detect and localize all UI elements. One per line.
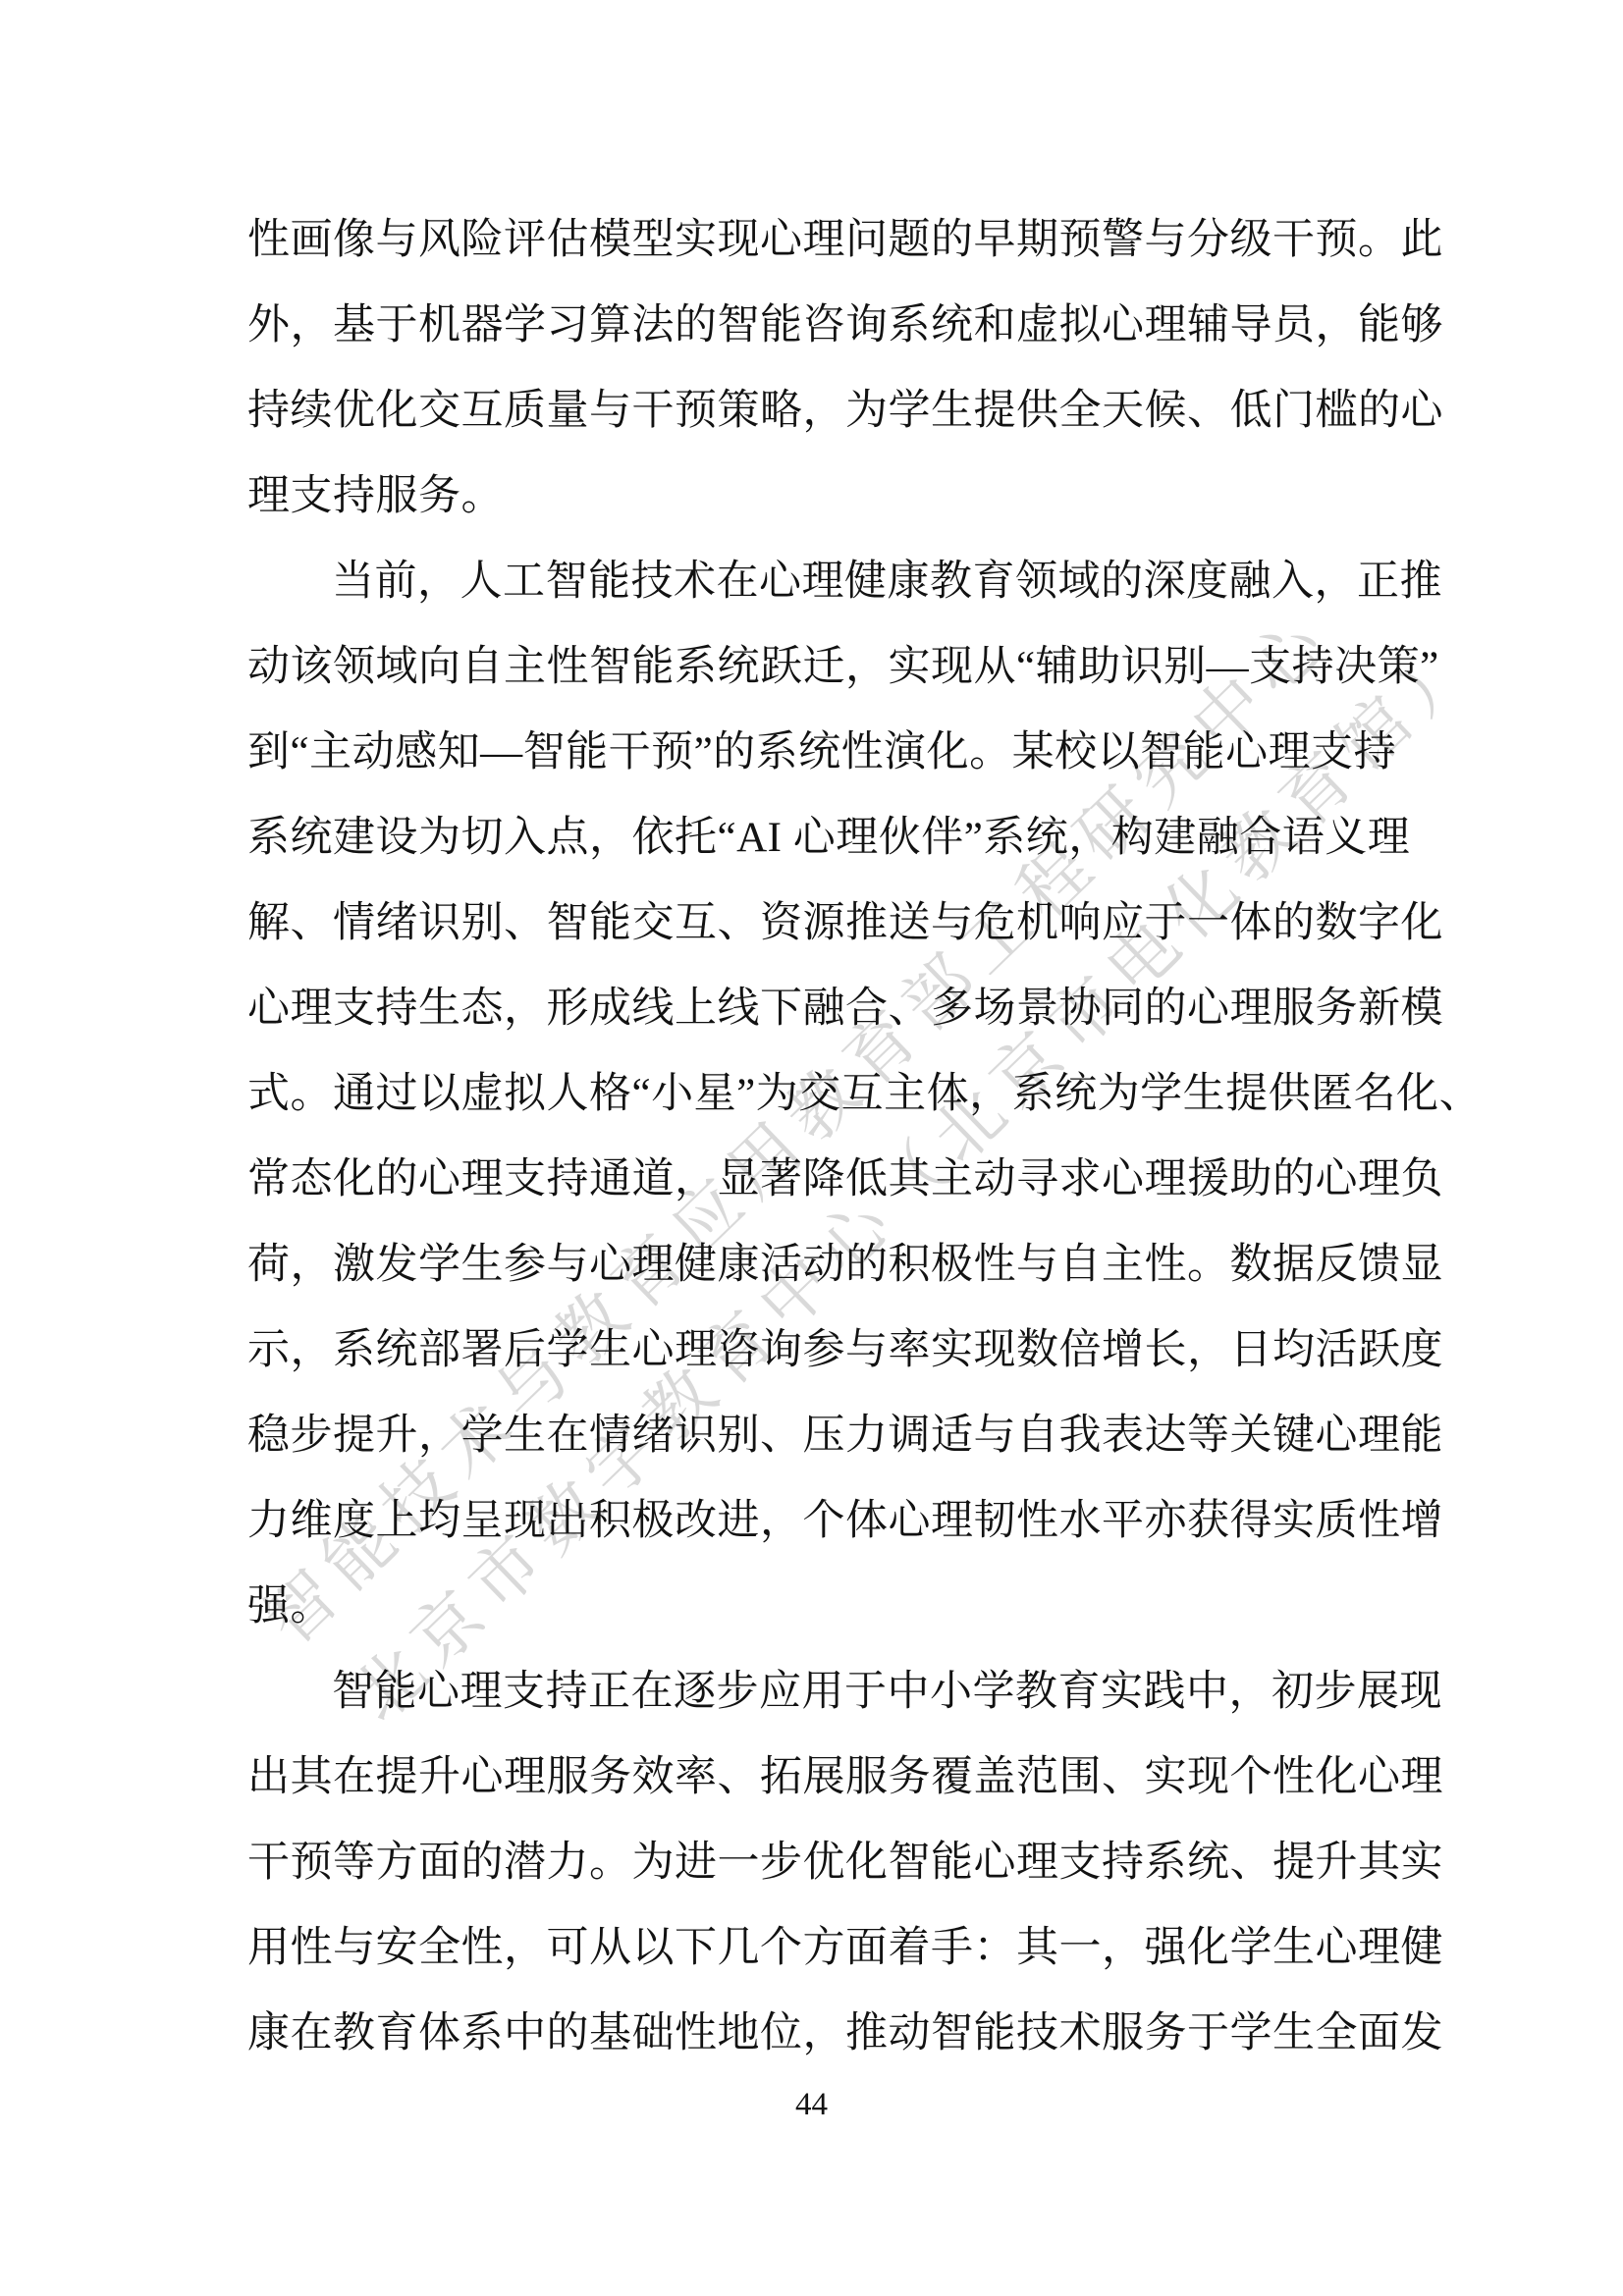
paragraph-1: 性画像与风险评估模型实现心理问题的早期预警与分级干预。此 外，基于机器学习算法的… [247,197,1386,539]
text-line: 稳步提升，学生在情绪识别、压力调适与自我表达等关键心理能 [247,1393,1386,1478]
paragraph-2: 当前，人工智能技术在心理健康教育领域的深度融入，正推 动该领域向自主性智能系统跃… [247,539,1386,1649]
text-line: 解、情绪识别、智能交互、资源推送与危机响应于一体的数字化 [247,881,1386,966]
text-line: 强。 [247,1564,1386,1649]
text-line: 干预等方面的潜力。为进一步优化智能心理支持系统、提升其实 [247,1820,1386,1905]
text-line: 康在教育体系中的基础性地位，推动智能技术服务于学生全面发 [247,1991,1386,2076]
text-line: 系统建设为切入点，依托“AI 心理伙伴”系统，构建融合语义理 [247,795,1386,881]
text-line: 常态化的心理支持通道，显著降低其主动寻求心理援助的心理负 [247,1137,1386,1222]
text-line: 外，基于机器学习算法的智能咨询系统和虚拟心理辅导员，能够 [247,283,1386,368]
text-line: 性画像与风险评估模型实现心理问题的早期预警与分级干预。此 [247,197,1386,283]
text-line: 荷，激发学生参与心理健康活动的积极性与自主性。数据反馈显 [247,1222,1386,1308]
text-line: 用性与安全性，可从以下几个方面着手：其一，强化学生心理健 [247,1905,1386,1991]
text-line: 理支持服务。 [247,454,1386,539]
text-line: 到“主动感知—智能干预”的系统性演化。某校以智能心理支持 [247,710,1386,795]
text-line: 当前，人工智能技术在心理健康教育领域的深度融入，正推 [247,539,1386,624]
page-number: 44 [0,2087,1623,2123]
text-line: 智能心理支持正在逐步应用于中小学教育实践中，初步展现 [247,1649,1386,1735]
text-line: 出其在提升心理服务效率、拓展服务覆盖范围、实现个性化心理 [247,1735,1386,1820]
text-line: 示，系统部署后学生心理咨询参与率实现数倍增长，日均活跃度 [247,1308,1386,1393]
text-line: 动该领域向自主性智能系统跃迁，实现从“辅助识别—支持决策” [247,624,1386,710]
paragraph-3: 智能心理支持正在逐步应用于中小学教育实践中，初步展现 出其在提升心理服务效率、拓… [247,1649,1386,2076]
body-text: 性画像与风险评估模型实现心理问题的早期预警与分级干预。此 外，基于机器学习算法的… [247,197,1386,2076]
text-line: 式。通过以虚拟人格“小星”为交互主体，系统为学生提供匿名化、 [247,1051,1386,1137]
text-line: 心理支持生态，形成线上线下融合、多场景协同的心理服务新模 [247,966,1386,1051]
document-page: 智能技术与教育应用教育部工程研究中心 北京市数字教育中心（北京市电化教育馆） 性… [0,0,1623,2296]
text-line: 持续优化交互质量与干预策略，为学生提供全天候、低门槛的心 [247,368,1386,454]
text-line: 力维度上均呈现出积极改进，个体心理韧性水平亦获得实质性增 [247,1478,1386,1564]
